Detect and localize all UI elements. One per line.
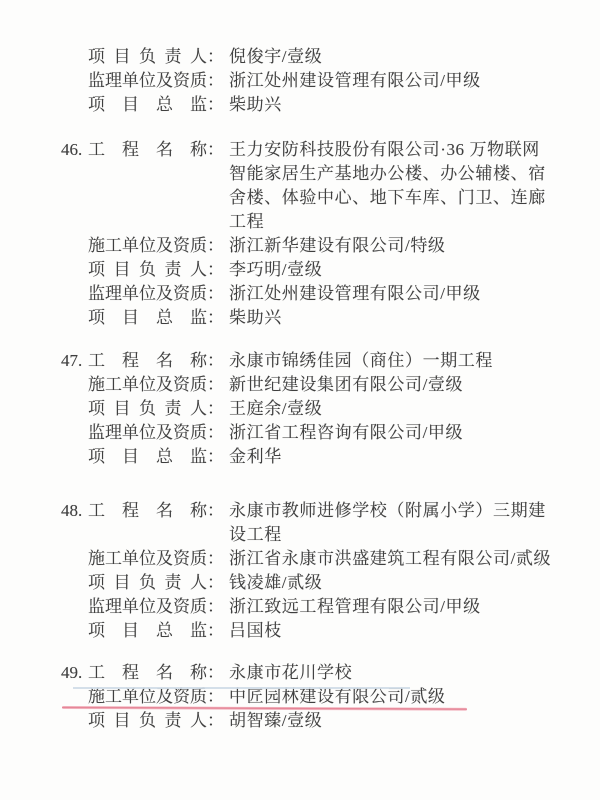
field-label: 项目负责人: [88, 45, 207, 69]
field-value: 金利华: [229, 445, 556, 469]
record-48: 48.工程名称： 永康市教师进修学校（附属小学）三期建 设工程 施工单位及资质：…: [0, 499, 600, 643]
field-row-supervisor: 监理单位及资质： 浙江处州建设管理有限公司/甲级: [0, 69, 600, 93]
field-value: 永康市教师进修学校（附属小学）三期建 设工程: [229, 499, 556, 547]
field-value: 浙江省永康市洪盛建筑工程有限公司/贰级: [229, 547, 556, 571]
field-label: 工程名称: [88, 499, 207, 523]
record-number: 46.: [61, 138, 88, 162]
field-value: 永康市锦绣佳园（商住）一期工程: [229, 349, 556, 373]
field-value: 永康市花川学校: [229, 661, 556, 685]
field-label: 项目负责人: [88, 709, 207, 733]
field-label: 项目负责人: [88, 397, 207, 421]
record-number: 47.: [61, 349, 88, 373]
field-value: 柴助兴: [229, 93, 556, 117]
field-label: 工程名称: [88, 661, 207, 685]
field-colon: ：: [207, 282, 224, 306]
field-value: 李巧明/壹级: [229, 258, 556, 282]
field-label: 项目总监: [88, 619, 207, 643]
field-colon: ：: [207, 234, 224, 258]
field-colon: ：: [207, 445, 224, 469]
field-colon: ：: [207, 421, 224, 445]
record-number: 48.: [61, 499, 88, 523]
field-colon: ：: [207, 258, 224, 282]
field-colon: ：: [207, 349, 224, 373]
field-value: 王力安防科技股份有限公司·36 万物联网 智能家居生产基地办公楼、办公辅楼、宿 …: [229, 138, 556, 234]
scanned-document-page: 项目负责人： 倪俊宇/壹级 监理单位及资质： 浙江处州建设管理有限公司/甲级 项…: [0, 0, 600, 800]
field-label: 监理单位及资质: [88, 421, 207, 445]
record-number: 49.: [61, 661, 88, 685]
field-row-manager: 项目负责人： 李巧明/壹级: [0, 258, 600, 282]
field-row-builder: 施工单位及资质： 浙江新华建设有限公司/特级: [0, 234, 600, 258]
field-label: 监理单位及资质: [88, 282, 207, 306]
field-label: 工程名称: [88, 349, 207, 373]
field-colon: ：: [207, 397, 224, 421]
field-row-supervisor: 监理单位及资质： 浙江致远工程管理有限公司/甲级: [0, 595, 600, 619]
field-colon: ：: [207, 93, 224, 117]
field-colon: ：: [207, 571, 224, 595]
field-row-chief-supervisor: 项目总监： 柴助兴: [0, 306, 600, 330]
faint-blue-line-annotation: [73, 687, 410, 689]
field-label: 施工单位及资质: [88, 234, 207, 258]
field-row-manager: 项目负责人： 钱凌雄/贰级: [0, 571, 600, 595]
field-value: 钱凌雄/贰级: [229, 571, 556, 595]
field-colon: ：: [207, 619, 224, 643]
record-46: 46.工程名称： 王力安防科技股份有限公司·36 万物联网 智能家居生产基地办公…: [0, 138, 600, 330]
field-row-project-name: 47.工程名称： 永康市锦绣佳园（商住）一期工程: [0, 349, 600, 373]
field-row-chief-supervisor: 项目总监： 吕国枝: [0, 619, 600, 643]
record-45-carryover: 项目负责人： 倪俊宇/壹级 监理单位及资质： 浙江处州建设管理有限公司/甲级 项…: [0, 45, 600, 117]
field-colon: ：: [207, 547, 224, 571]
field-colon: ：: [207, 373, 224, 397]
field-label: 监理单位及资质: [88, 595, 207, 619]
field-row-manager: 项目负责人： 王庭余/壹级: [0, 397, 600, 421]
field-value: 浙江致远工程管理有限公司/甲级: [229, 595, 556, 619]
field-row-supervisor: 监理单位及资质： 浙江省工程咨询有限公司/甲级: [0, 421, 600, 445]
field-label: 项目负责人: [88, 571, 207, 595]
field-colon: ：: [207, 45, 224, 69]
field-label: 施工单位及资质: [88, 547, 207, 571]
field-row-builder: 施工单位及资质： 浙江省永康市洪盛建筑工程有限公司/贰级: [0, 547, 600, 571]
field-row-builder: 施工单位及资质： 新世纪建设集团有限公司/壹级: [0, 373, 600, 397]
field-value: 浙江新华建设有限公司/特级: [229, 234, 556, 258]
field-colon: ：: [207, 661, 224, 685]
field-row-manager: 项目负责人： 胡智臻/壹级: [0, 709, 600, 733]
field-value: 新世纪建设集团有限公司/壹级: [229, 373, 556, 397]
field-row-supervisor: 监理单位及资质： 浙江处州建设管理有限公司/甲级: [0, 282, 600, 306]
field-colon: ：: [207, 595, 224, 619]
field-colon: ：: [207, 499, 224, 523]
field-value: 胡智臻/壹级: [229, 709, 556, 733]
field-colon: ：: [207, 306, 224, 330]
field-value: 浙江省工程咨询有限公司/甲级: [229, 421, 556, 445]
field-label: 施工单位及资质: [88, 373, 207, 397]
field-label: 项目总监: [88, 306, 207, 330]
field-label: 工程名称: [88, 138, 207, 162]
field-value: 浙江处州建设管理有限公司/甲级: [229, 69, 556, 93]
field-row-project-name: 48.工程名称： 永康市教师进修学校（附属小学）三期建 设工程: [0, 499, 600, 547]
field-label: 项目负责人: [88, 258, 207, 282]
field-value: 柴助兴: [229, 306, 556, 330]
field-value: 浙江处州建设管理有限公司/甲级: [229, 282, 556, 306]
field-value: 吕国枝: [229, 619, 556, 643]
field-row-manager: 项目负责人： 倪俊宇/壹级: [0, 45, 600, 69]
field-label: 项目总监: [88, 93, 207, 117]
field-row-chief-supervisor: 项目总监： 柴助兴: [0, 93, 600, 117]
field-value: 倪俊宇/壹级: [229, 45, 556, 69]
field-colon: ：: [207, 709, 224, 733]
field-label: 监理单位及资质: [88, 69, 207, 93]
record-47: 47.工程名称： 永康市锦绣佳园（商住）一期工程 施工单位及资质： 新世纪建设集…: [0, 349, 600, 469]
field-row-chief-supervisor: 项目总监： 金利华: [0, 445, 600, 469]
field-row-project-name: 46.工程名称： 王力安防科技股份有限公司·36 万物联网 智能家居生产基地办公…: [0, 138, 600, 234]
field-row-project-name: 49.工程名称： 永康市花川学校: [0, 661, 600, 685]
field-value: 王庭余/壹级: [229, 397, 556, 421]
field-colon: ：: [207, 69, 224, 93]
field-colon: ：: [207, 138, 224, 162]
record-49: 49.工程名称： 永康市花川学校 施工单位及资质： 中匠园林建设有限公司/贰级 …: [0, 661, 600, 733]
field-label: 项目总监: [88, 445, 207, 469]
